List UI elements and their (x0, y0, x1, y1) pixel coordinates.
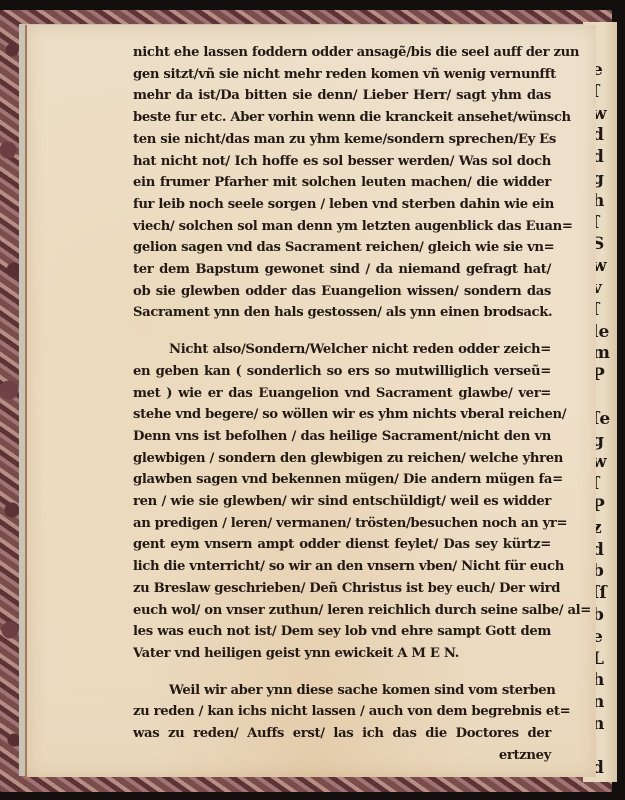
text-line: stehe vnd begere/ so wöllen wir es yhm n… (133, 404, 551, 426)
text-line: an predigen / leren/ vermanen/ trösten/b… (133, 513, 551, 535)
paragraph-1: nicht ehe lassen foddern odder ansagẽ/bi… (133, 42, 551, 324)
catchword: ertzney (133, 745, 551, 767)
paragraph-3: Weil wir aber ynn diese sache komen sind… (133, 680, 551, 767)
text-line: Weil wir aber ynn diese sache komen sind… (133, 680, 551, 702)
facing-page-text: e ſ w d d g h ſ S w v ſ le m P ſe g w ſ … (592, 60, 621, 779)
paragraph-2: Nicht also/Sondern/Welcher nicht reden o… (133, 339, 551, 665)
text-line: ren / wie sie glewben/ wir sind entschül… (133, 491, 551, 513)
text-line: gen sitzt/vñ sie nicht mehr reden komen … (133, 64, 551, 86)
text-line: ten sie nicht/das man zu yhm keme/sonder… (133, 129, 551, 151)
text-line: gelion sagen vnd das Sacrament reichen/ … (133, 237, 551, 259)
page-text-block: nicht ehe lassen foddern odder ansagẽ/bi… (133, 42, 551, 767)
book-page: nicht ehe lassen foddern odder ansagẽ/bi… (25, 25, 596, 777)
text-line: Sacrament ynn den hals gestossen/ als yn… (133, 302, 551, 324)
text-line: Nicht also/Sondern/Welcher nicht reden o… (133, 339, 551, 361)
text-line: zu Breslaw geschrieben/ Deñ Christus ist… (133, 578, 551, 600)
text-line: viech/ solchen sol man denn ym letzten a… (133, 216, 551, 238)
text-line: glawben sagen vnd bekennen mügen/ Die an… (133, 469, 551, 491)
text-line: les was euch not ist/ Dem sey lob vnd eh… (133, 621, 551, 643)
text-line-amen: Vater vnd heiligen geist ynn ewickeit A … (133, 643, 551, 665)
text-line: beste fur etc. Aber vorhin wenn die kran… (133, 107, 551, 129)
text-line: zu reden / kan ichs nicht lassen / auch … (133, 701, 551, 723)
text-line: gent eym vnsern ampt odder dienst feylet… (133, 534, 551, 556)
text-line: glewbigen / sondern den glewbigen zu rei… (133, 448, 551, 470)
text-line: Denn vns ist befolhen / das heilige Sacr… (133, 426, 551, 448)
text-line: fur leib noch seele sorgen / leben vnd s… (133, 194, 551, 216)
text-line: en geben kan ( sonderlich so ers so mutw… (133, 361, 551, 383)
text-line: ter dem Bapstum gewonet sind / da nieman… (133, 259, 551, 281)
text-line: nicht ehe lassen foddern odder ansagẽ/bi… (133, 42, 551, 64)
text-line: met ) wie er das Euangelion vnd Sacramen… (133, 383, 551, 405)
text-line: ein frumer Pfarher mit solchen leuten ma… (133, 172, 551, 194)
text-line: lich die vnterricht/ so wir an den vnser… (133, 556, 551, 578)
text-line: hat nicht not/ Ich hoffe es sol besser w… (133, 151, 551, 173)
text-line: was zu reden/ Auffs erst/ las ich das di… (133, 723, 551, 745)
text-line: ob sie glewben odder das Euangelion wiss… (133, 281, 551, 303)
text-line: mehr da ist/Da bitten sie denn/ Lieber H… (133, 85, 551, 107)
text-line: euch wol/ on vnser zuthun/ leren reichli… (133, 600, 551, 622)
